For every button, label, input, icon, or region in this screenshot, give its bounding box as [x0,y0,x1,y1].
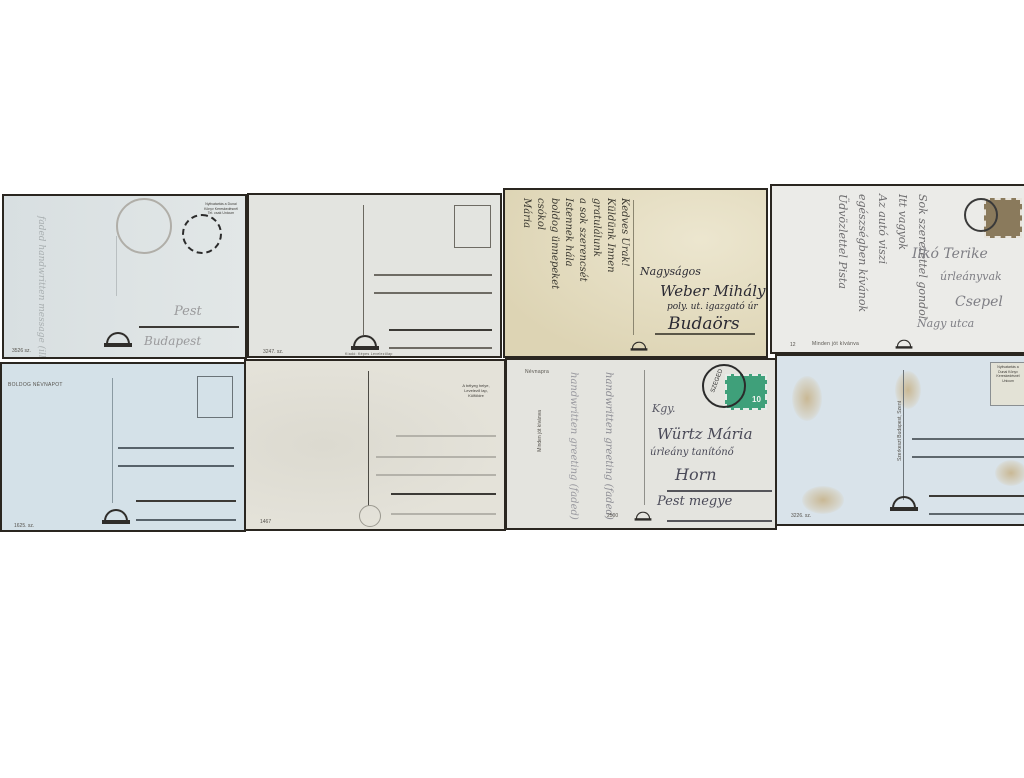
serial-number: 3526 sz. [12,348,31,354]
message-line-5: Istennek hála [563,198,574,267]
address-line [136,500,236,502]
address-line-4: Horn [675,465,717,484]
card-divider [116,236,117,296]
message-line-2: Itt vagyok [896,194,909,250]
printed-caption: Minden jót kívánva [812,341,859,347]
stamp-value: 10 [752,395,761,404]
address-line [912,438,1024,440]
address-line [391,513,496,515]
card-divider [363,205,364,335]
address-line [667,520,772,522]
card-divider [633,200,634,335]
postcard-1: Nyitvatartás a Dunai Könyv Kereskedésnél… [2,194,247,359]
serial-number: 3226. sz. [791,513,811,519]
postcard-8: Szerkeszt Budapest, Szent Nyitvatartás a… [775,354,1024,526]
address-line [374,292,492,294]
foxing-stain [802,486,844,514]
printed-note: Nyitvatartás a Dunai Könyv Kereskedésnél… [199,200,243,240]
serial-number: 2500 [607,513,618,519]
publisher-logo [635,512,652,523]
message-text: Sok szeretettel gondol Itt vagyok Az aut… [782,194,932,344]
card-divider [644,370,645,505]
message-text: faded handwritten message (illegible) [34,216,47,359]
serial-number: 1625. sz. [14,523,34,529]
postcard-6: A bélyeg helye, Levelező lap, Külföldre … [244,359,506,531]
printed-note: A bélyeg helye, Levelező lap, Külföldre [456,381,496,417]
address-line [376,456,496,458]
postcard-4: Sok szeretettel gondol Itt vagyok Az aut… [770,184,1024,354]
address-line [912,456,1024,458]
message-line-4: a sok szerencsét [577,198,588,282]
message-text: handwritten greeting (faded) [567,372,580,520]
publisher-logo [351,335,379,353]
address-line-1: Nagyságos [640,265,701,278]
message-line-6: boldog ünnepeket [549,198,560,289]
address-line-5: Pest megye [657,494,732,509]
message-text-2: handwritten greeting (faded) [602,372,615,520]
message-text: Kedves Urak! Küldünk Innen gratulálunk a… [511,198,631,358]
publisher-logo [102,509,130,527]
address-line [929,495,1024,497]
address-line [389,329,492,331]
address-line-3: Pest [174,304,202,319]
serial-number: 3247. sz. [263,349,283,355]
message-line-5: Üdvözlettel Pista [836,194,849,289]
address-line-1: Ilkó Terike [912,246,988,262]
address-line [376,474,496,476]
address-line [396,435,496,437]
message-line-3: Az autó viszi [876,194,889,264]
address-line-4: Budapest [144,334,201,348]
address-line-3: úrleány tanítónő [650,447,734,458]
serial-number: 1467 [260,519,271,525]
message-line-8: Mária [521,198,532,228]
card-divider [368,371,369,506]
address-line [136,519,236,521]
publisher-logo [359,505,381,527]
message-line-2: Küldünk Innen [605,198,616,273]
vertical-caption: Minden jót kívánva [537,410,543,452]
printed-caption: Névnapra [525,369,549,375]
address-line-3: poly. ut. igazgató úr [667,302,758,312]
postmark-icon [964,198,998,232]
address-line-2: úrleányvak [940,270,1002,283]
address-line-2: Würtz Mária [657,425,753,443]
address-line-1: Kgy. [652,402,676,415]
serial-number: 12 [790,342,796,348]
publisher-logo [104,332,132,350]
address-line-2: Weber Mihály [660,282,766,300]
address-line [389,347,492,349]
message-line-1: Kedves Urak! [619,198,630,267]
foxing-stain [995,460,1024,486]
vertical-caption: Szerkeszt Budapest, Szent [897,401,903,461]
address-line [929,513,1024,515]
address-line [118,465,234,467]
address-line [667,490,772,492]
postcard-3: Kedves Urak! Küldünk Innen gratulálunk a… [503,188,768,358]
stamp-box [197,376,233,418]
card-divider [112,378,113,503]
message-line-7: csókol [535,198,546,230]
address-line-4: Nagy utca [917,317,974,330]
message-line-3: gratulálunk [591,198,602,257]
address-line [655,333,755,335]
address-line [118,447,234,449]
address-line [139,326,239,328]
message-line-4: egészségben kívánok [856,194,869,312]
printed-note: Nyitvatartás a Dunai Könyv Kereskedésnél… [990,362,1024,406]
stamp-box [454,205,491,248]
publisher-logo [890,496,918,514]
postcard-7: Névnapra Minden jót kívánva handwritten … [505,358,777,530]
printed-caption: BOLDOG NÉVNAPOT [8,382,63,388]
publisher-logo [896,340,913,351]
faded-postmark [116,198,172,254]
publisher-logo [631,342,648,353]
address-line-4: Budaörs [668,314,740,334]
address-line [391,493,496,495]
address-line-3: Csepel [955,294,1003,310]
postcard-5: BOLDOG NÉVNAPOT 1625. sz. [0,362,246,532]
publisher-caption: Kiadó: Képes Levelezőlap [345,352,393,356]
foxing-stain [792,376,822,421]
address-line [374,274,492,276]
card-divider [903,370,904,500]
postcard-2: Kiadó: Képes Levelezőlap 3247. sz. [247,193,502,358]
